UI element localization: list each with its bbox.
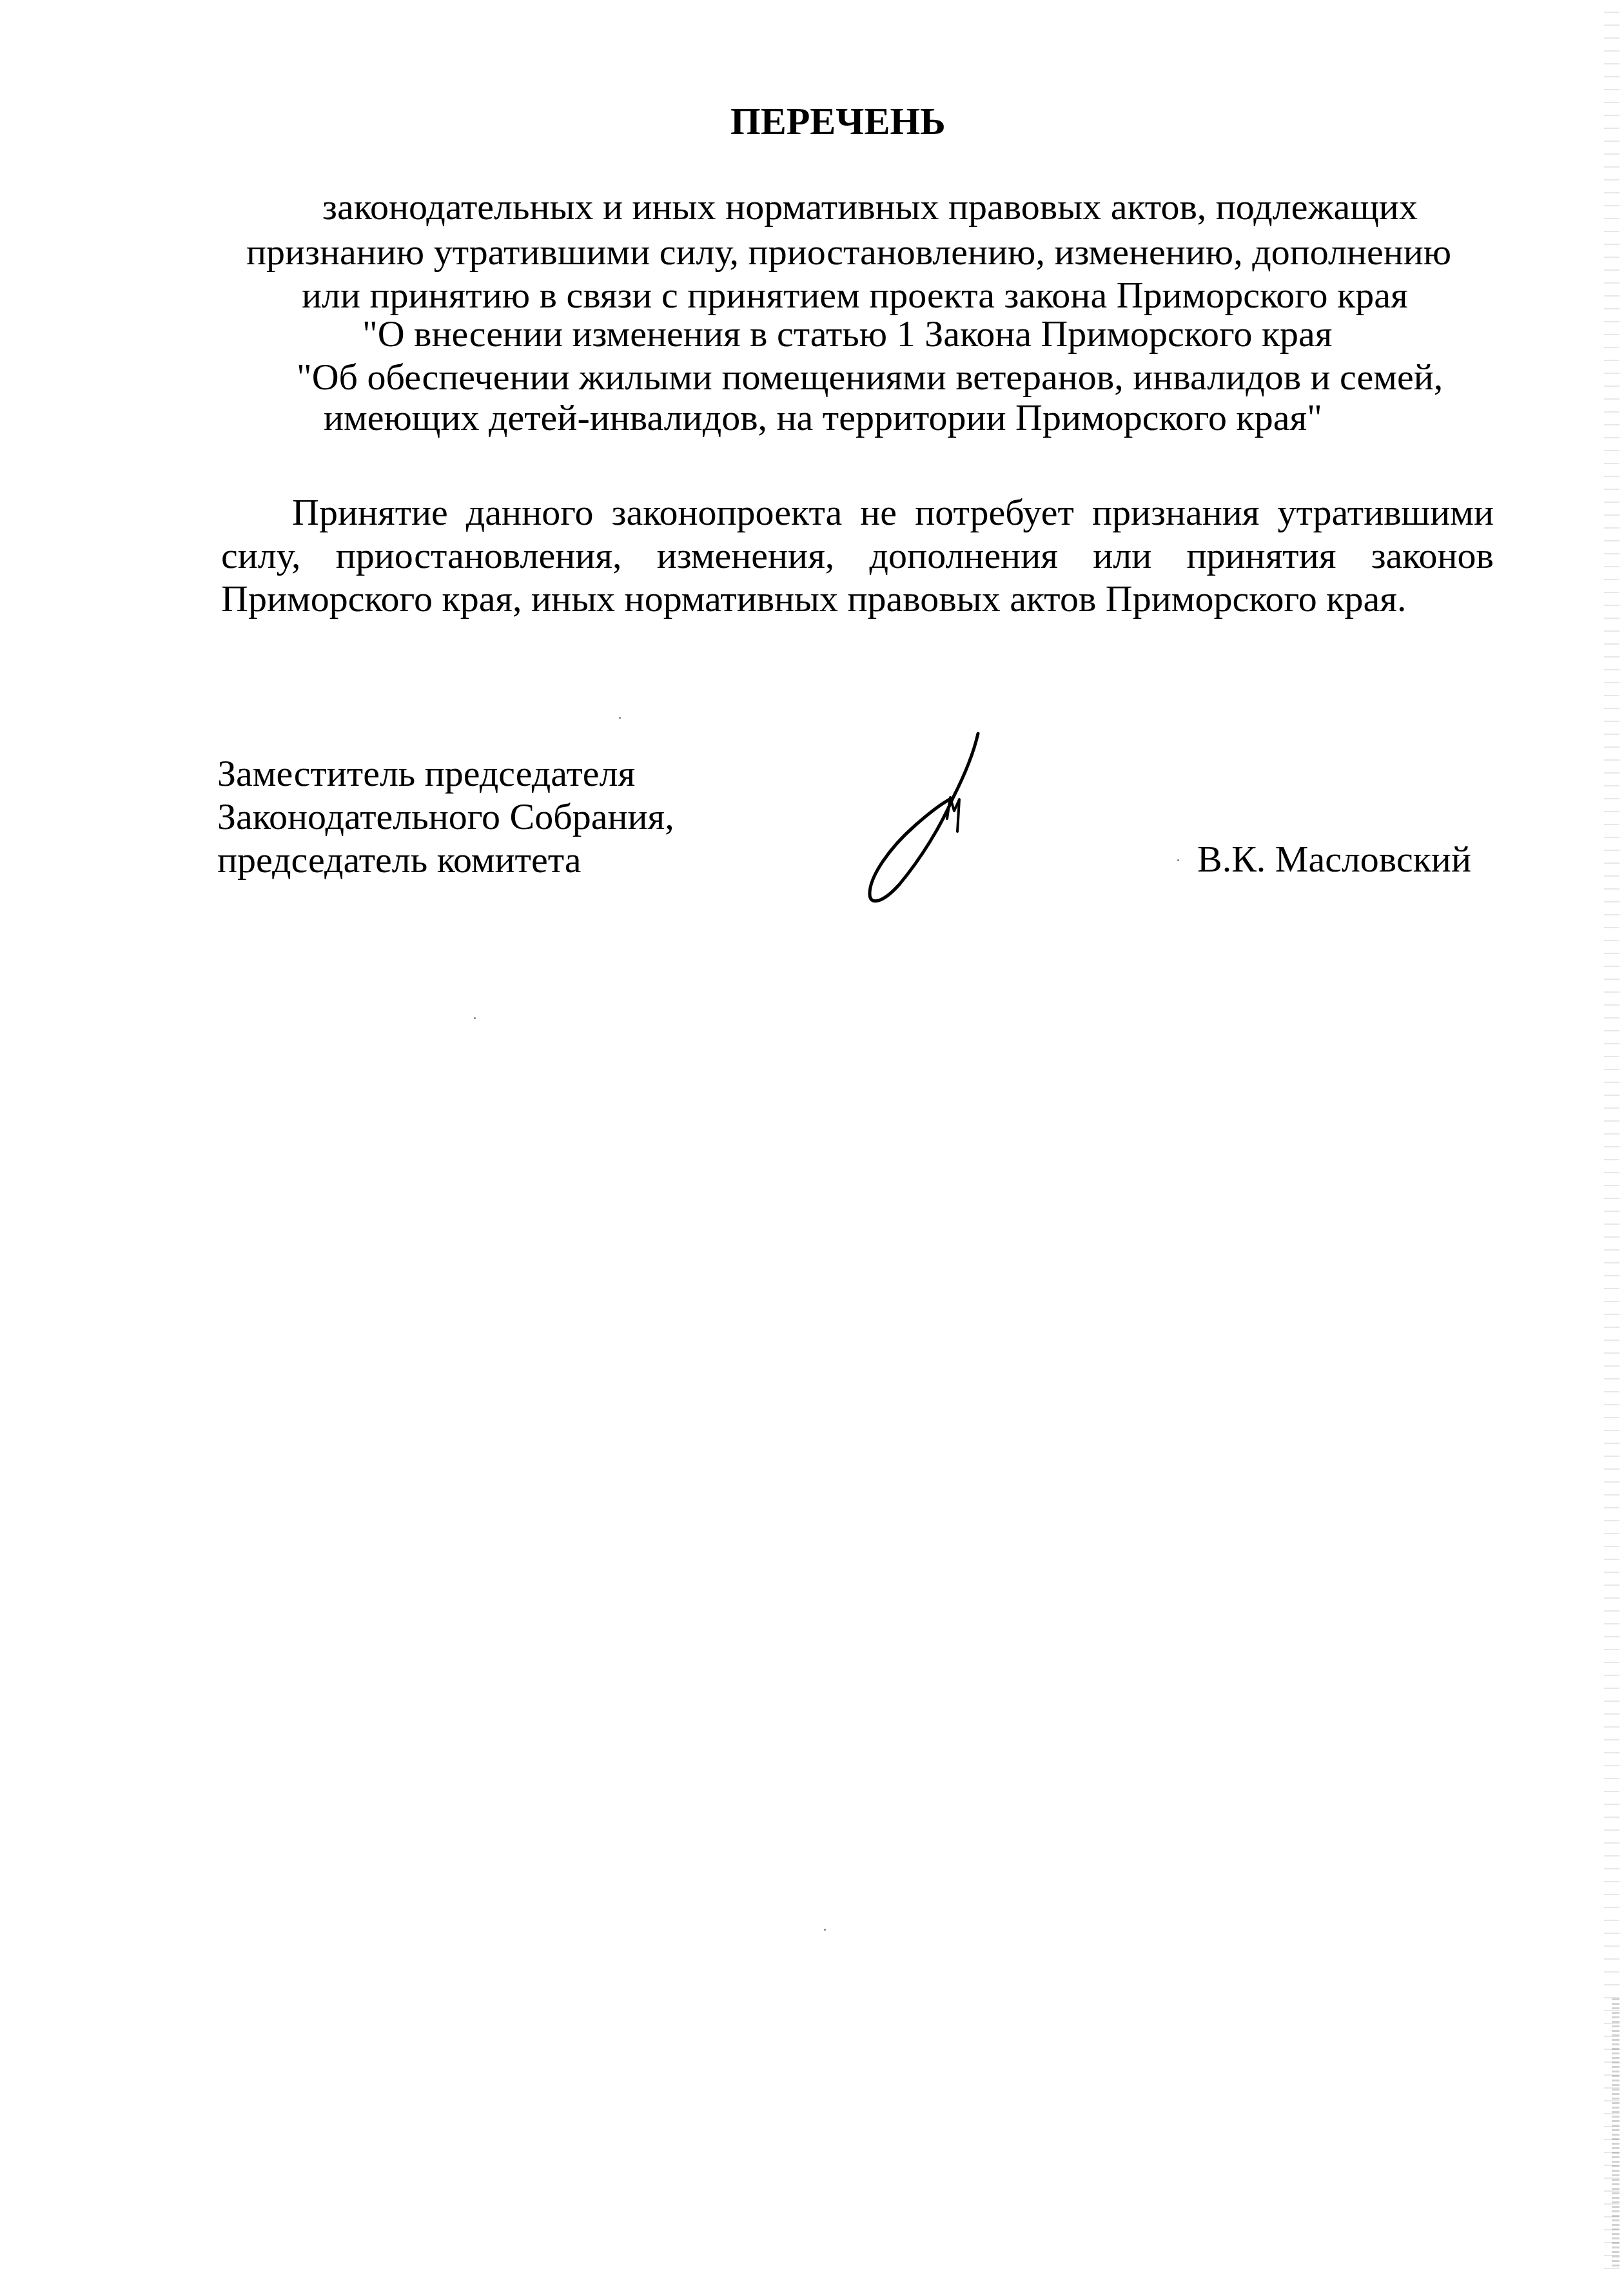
signatory-name: В.К. Масловский [1197,837,1471,881]
signatory-position: Заместитель председателя Законодательног… [217,752,674,881]
body-paragraph: Принятие данного законопроекта не потреб… [221,491,1494,620]
position-line-1: Заместитель председателя [217,752,674,795]
subtitle-line-3: или принятию в связи с принятием проекта… [302,273,1408,317]
scan-edge-artifact [1612,1998,1619,2269]
subtitle-line-4: "О внесении изменения в статью 1 Закона … [362,312,1333,355]
scan-speck [474,1017,476,1019]
subtitle-line-2: признанию утратившими силу, приостановле… [246,230,1451,273]
scan-speck [619,717,621,719]
document-title: ПЕРЕЧЕНЬ [730,100,946,143]
position-line-2: Законодательного Собрания, [217,795,674,838]
scan-speck [824,1929,826,1931]
body-line-3: Приморского края, иных нормативных право… [221,577,1494,620]
scan-speck [1177,859,1179,861]
subtitle-line-5: "Об обеспечении жилыми помещениями ветер… [297,355,1443,398]
body-line-2: силу, приостановления, изменения, дополн… [221,534,1494,577]
subtitle-line-1: законодательных и иных нормативных право… [322,185,1418,228]
handwritten-signature-icon [851,722,999,915]
document-page: ПЕРЕЧЕНЬ законодательных и иных норматив… [0,0,1624,2271]
position-line-3: председатель комитета [217,838,674,881]
scan-edge-artifact [1604,0,1619,2271]
subtitle-line-6: имеющих детей-инвалидов, на территории П… [324,396,1322,439]
body-line-1: Принятие данного законопроекта не потреб… [221,491,1494,534]
